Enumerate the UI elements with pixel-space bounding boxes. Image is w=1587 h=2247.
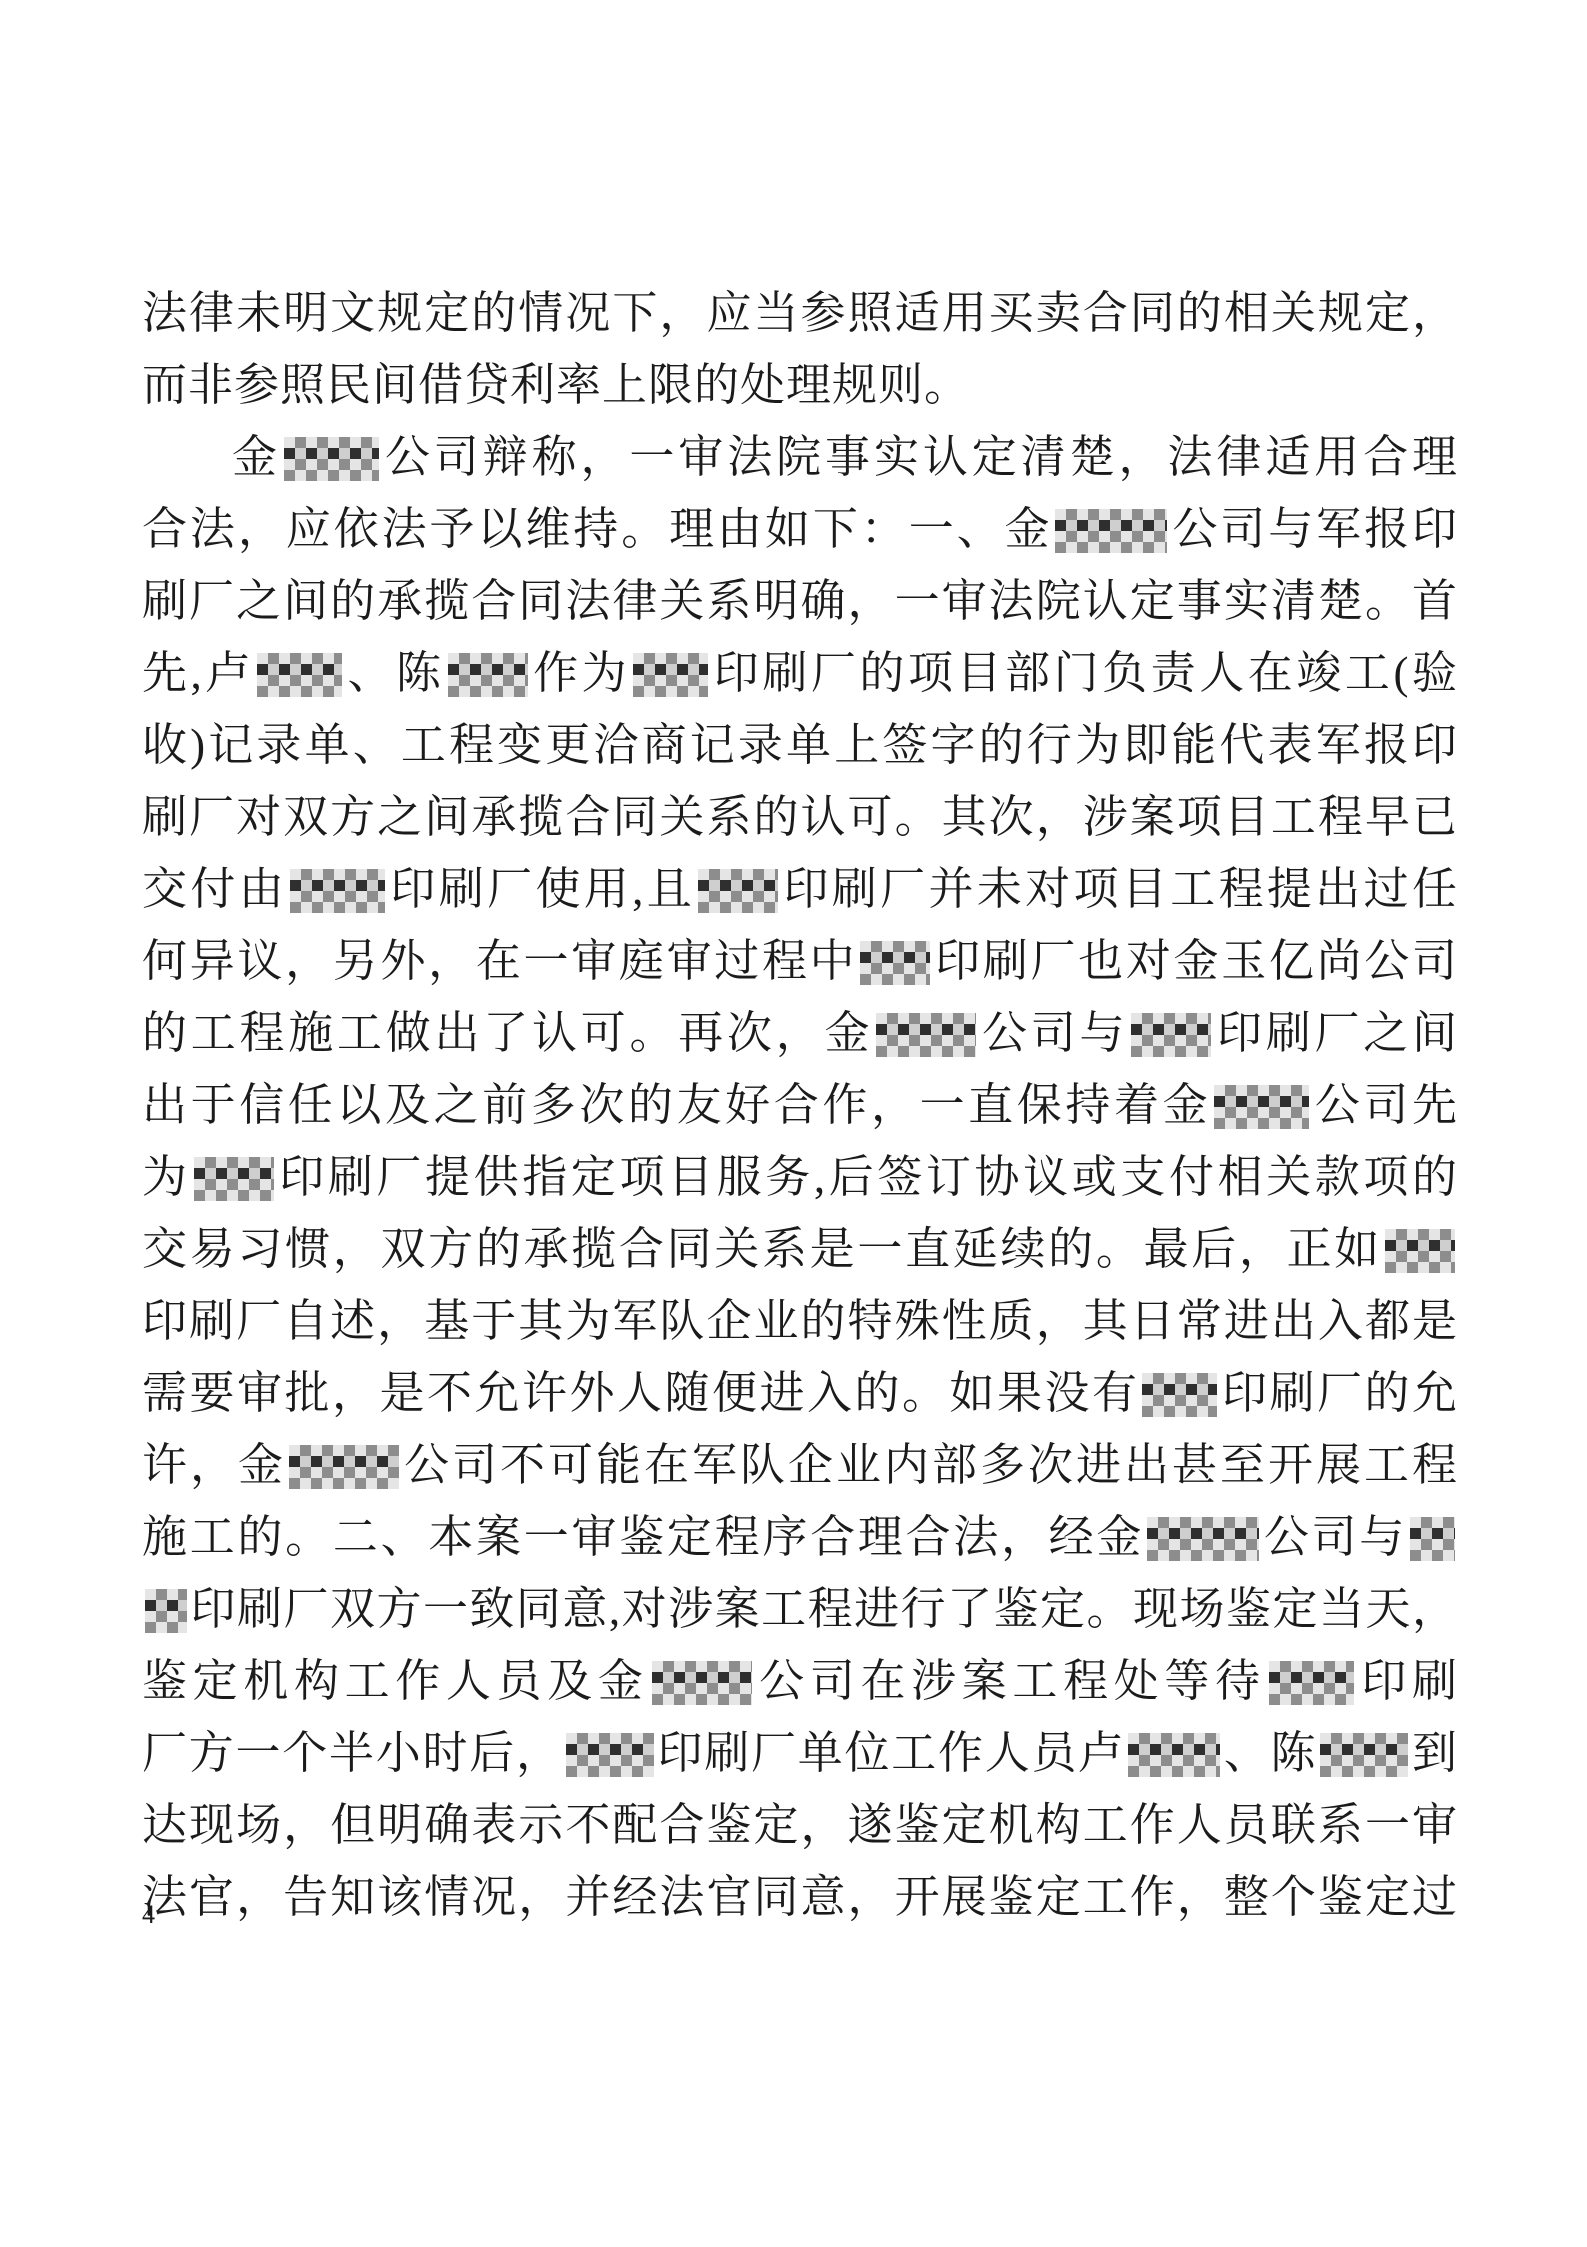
- text-segment: 法律未明文规定的情况下，应当参照适用买卖合同的相关规定，: [142, 288, 1458, 338]
- document-line: 金公司辩称，一审法院事实认定清楚，法律适用合理: [142, 421, 1458, 493]
- text-segment: 印刷厂使用,且: [388, 864, 695, 914]
- redaction-block: [284, 437, 379, 481]
- redaction-block: [145, 1589, 187, 1633]
- document-line: 收)记录单、工程变更洽商记录单上签字的行为即能代表军报印: [142, 709, 1458, 781]
- text-segment: 为: [142, 1152, 191, 1202]
- document-body: 法律未明文规定的情况下，应当参照适用买卖合同的相关规定，而非参照民间借贷利率上限…: [142, 277, 1458, 1933]
- redaction-block: [1410, 1517, 1455, 1561]
- text-segment: 公司辩称，一审法院事实认定清楚，法律适用合理: [382, 432, 1458, 482]
- document-line: 厂方一个半小时后，印刷厂单位工作人员卢、陈到: [142, 1717, 1458, 1789]
- text-segment: 印刷: [1357, 1656, 1458, 1706]
- text-segment: 到: [1411, 1728, 1458, 1778]
- redaction-block: [652, 1661, 752, 1705]
- text-segment: 鉴定机构工作人员及金: [142, 1656, 649, 1706]
- page-number: 4: [142, 1895, 155, 1935]
- document-line: 合法，应依法予以维持。理由如下：一、金公司与军报印: [142, 493, 1458, 565]
- text-segment: 需要审批，是不允许外人随便进入的。如果没有: [142, 1368, 1139, 1418]
- document-line: 先,卢、陈作为印刷厂的项目部门负责人在竣工(验: [142, 637, 1458, 709]
- text-segment: 收)记录单、工程变更洽商记录单上签字的行为即能代表军报印: [142, 720, 1458, 770]
- text-segment: 交付由: [142, 864, 287, 914]
- document-line: 许，金公司不可能在军队企业内部多次进出甚至开展工程: [142, 1429, 1458, 1501]
- redaction-block: [289, 1445, 399, 1489]
- document-line: 达现场，但明确表示不配合鉴定，遂鉴定机构工作人员联系一审: [142, 1789, 1458, 1861]
- text-segment: 合法，应依法予以维持。理由如下：一、金: [142, 504, 1052, 554]
- text-segment: 公司与: [1262, 1512, 1407, 1562]
- redaction-block: [633, 653, 708, 697]
- text-segment: 作为: [531, 648, 631, 698]
- text-segment: 、陈: [1223, 1728, 1317, 1778]
- text-segment: 公司先: [1312, 1080, 1458, 1130]
- redaction-block: [1269, 1661, 1354, 1705]
- redaction-block: [1128, 1733, 1220, 1777]
- text-segment: 而非参照民间借贷利率上限的处理规则。: [142, 360, 970, 410]
- redaction-block: [1385, 1229, 1455, 1273]
- redaction-block: [876, 1013, 976, 1057]
- redaction-block: [1214, 1085, 1309, 1129]
- redaction-block: [860, 941, 930, 985]
- text-segment: 印刷厂的允: [1220, 1368, 1458, 1418]
- document-line: 需要审批，是不允许外人随便进入的。如果没有印刷厂的允: [142, 1357, 1458, 1429]
- document-line: 而非参照民间借贷利率上限的处理规则。: [142, 349, 1458, 421]
- document-line: 印刷厂双方一致同意,对涉案工程进行了鉴定。现场鉴定当天，: [142, 1573, 1458, 1645]
- redaction-block: [1320, 1733, 1408, 1777]
- document-line: 交易习惯，双方的承揽合同关系是一直延续的。最后，正如: [142, 1213, 1458, 1285]
- text-segment: 印刷厂也对金玉亿尚公司: [933, 936, 1458, 986]
- text-segment: 印刷厂之间: [1214, 1008, 1458, 1058]
- text-segment: 公司与军报印: [1170, 504, 1458, 554]
- text-segment: 施工的。二、本案一审鉴定程序合理合法，经金: [142, 1512, 1144, 1562]
- redaction-block: [1147, 1517, 1259, 1561]
- document-line: 鉴定机构工作人员及金公司在涉案工程处等待印刷: [142, 1645, 1458, 1717]
- text-segment: 公司与: [979, 1008, 1128, 1058]
- document-line: 刷厂之间的承揽合同法律关系明确，一审法院认定事实清楚。首: [142, 565, 1458, 637]
- text-segment: 达现场，但明确表示不配合鉴定，遂鉴定机构工作人员联系一审: [142, 1800, 1458, 1850]
- document-line: 交付由印刷厂使用,且印刷厂并未对项目工程提出过任: [142, 853, 1458, 925]
- redaction-block: [1142, 1373, 1217, 1417]
- document-line: 施工的。二、本案一审鉴定程序合理合法，经金公司与: [142, 1501, 1458, 1573]
- text-segment: 的工程施工做出了认可。再次，金: [142, 1008, 873, 1058]
- text-segment: 刷厂之间的承揽合同法律关系明确，一审法院认定事实清楚。首: [142, 576, 1458, 626]
- text-segment: 出于信任以及之前多次的友好合作，一直保持着金: [142, 1080, 1211, 1130]
- text-segment: 刷厂对双方之间承揽合同关系的认可。其次，涉案项目工程早已: [142, 792, 1458, 842]
- redaction-block: [448, 653, 528, 697]
- text-segment: 何异议，另外，在一审庭审过程中: [142, 936, 857, 986]
- text-segment: 印刷厂提供指定项目服务,后签订协议或支付相关款项的: [277, 1152, 1458, 1202]
- redaction-block: [194, 1157, 274, 1201]
- text-segment: 印刷厂单位工作人员卢: [657, 1728, 1125, 1778]
- text-segment: 印刷厂自述，基于其为军队企业的特殊性质，其日常进出入都是: [142, 1296, 1458, 1346]
- text-segment: 印刷厂双方一致同意,对涉案工程进行了鉴定。现场鉴定当天，: [190, 1584, 1458, 1634]
- text-segment: 厂方一个半小时后，: [142, 1728, 563, 1778]
- document-line: 法官，告知该情况，并经法官同意，开展鉴定工作，整个鉴定过: [142, 1861, 1458, 1933]
- redaction-block: [1131, 1013, 1211, 1057]
- redaction-block: [1055, 509, 1167, 553]
- document-page: 法律未明文规定的情况下，应当参照适用买卖合同的相关规定，而非参照民间借贷利率上限…: [0, 0, 1587, 2247]
- redaction-block: [698, 869, 778, 913]
- document-line: 法律未明文规定的情况下，应当参照适用买卖合同的相关规定，: [142, 277, 1458, 349]
- document-line: 出于信任以及之前多次的友好合作，一直保持着金公司先: [142, 1069, 1458, 1141]
- text-segment: 公司在涉案工程处等待: [755, 1656, 1266, 1706]
- document-line: 何异议，另外，在一审庭审过程中印刷厂也对金玉亿尚公司: [142, 925, 1458, 997]
- redaction-block: [257, 653, 342, 697]
- text-segment: 先,卢: [142, 648, 254, 698]
- text-segment: 许，金: [142, 1440, 286, 1490]
- document-line: 为印刷厂提供指定项目服务,后签订协议或支付相关款项的: [142, 1141, 1458, 1213]
- text-segment: 印刷厂的项目部门负责人在竣工(验: [711, 648, 1458, 698]
- text-segment: 、陈: [345, 648, 445, 698]
- text-segment: 交易习惯，双方的承揽合同关系是一直延续的。最后，正如: [142, 1224, 1382, 1274]
- redaction-block: [290, 869, 385, 913]
- text-segment: 金: [232, 432, 281, 482]
- text-segment: 公司不可能在军队企业内部多次进出甚至开展工程: [402, 1440, 1458, 1490]
- redaction-block: [566, 1733, 654, 1777]
- document-line: 刷厂对双方之间承揽合同关系的认可。其次，涉案项目工程早已: [142, 781, 1458, 853]
- document-line: 的工程施工做出了认可。再次，金公司与印刷厂之间: [142, 997, 1458, 1069]
- text-segment: 印刷厂并未对项目工程提出过任: [781, 864, 1458, 914]
- text-segment: 法官，告知该情况，并经法官同意，开展鉴定工作，整个鉴定过: [142, 1872, 1458, 1922]
- document-line: 印刷厂自述，基于其为军队企业的特殊性质，其日常进出入都是: [142, 1285, 1458, 1357]
